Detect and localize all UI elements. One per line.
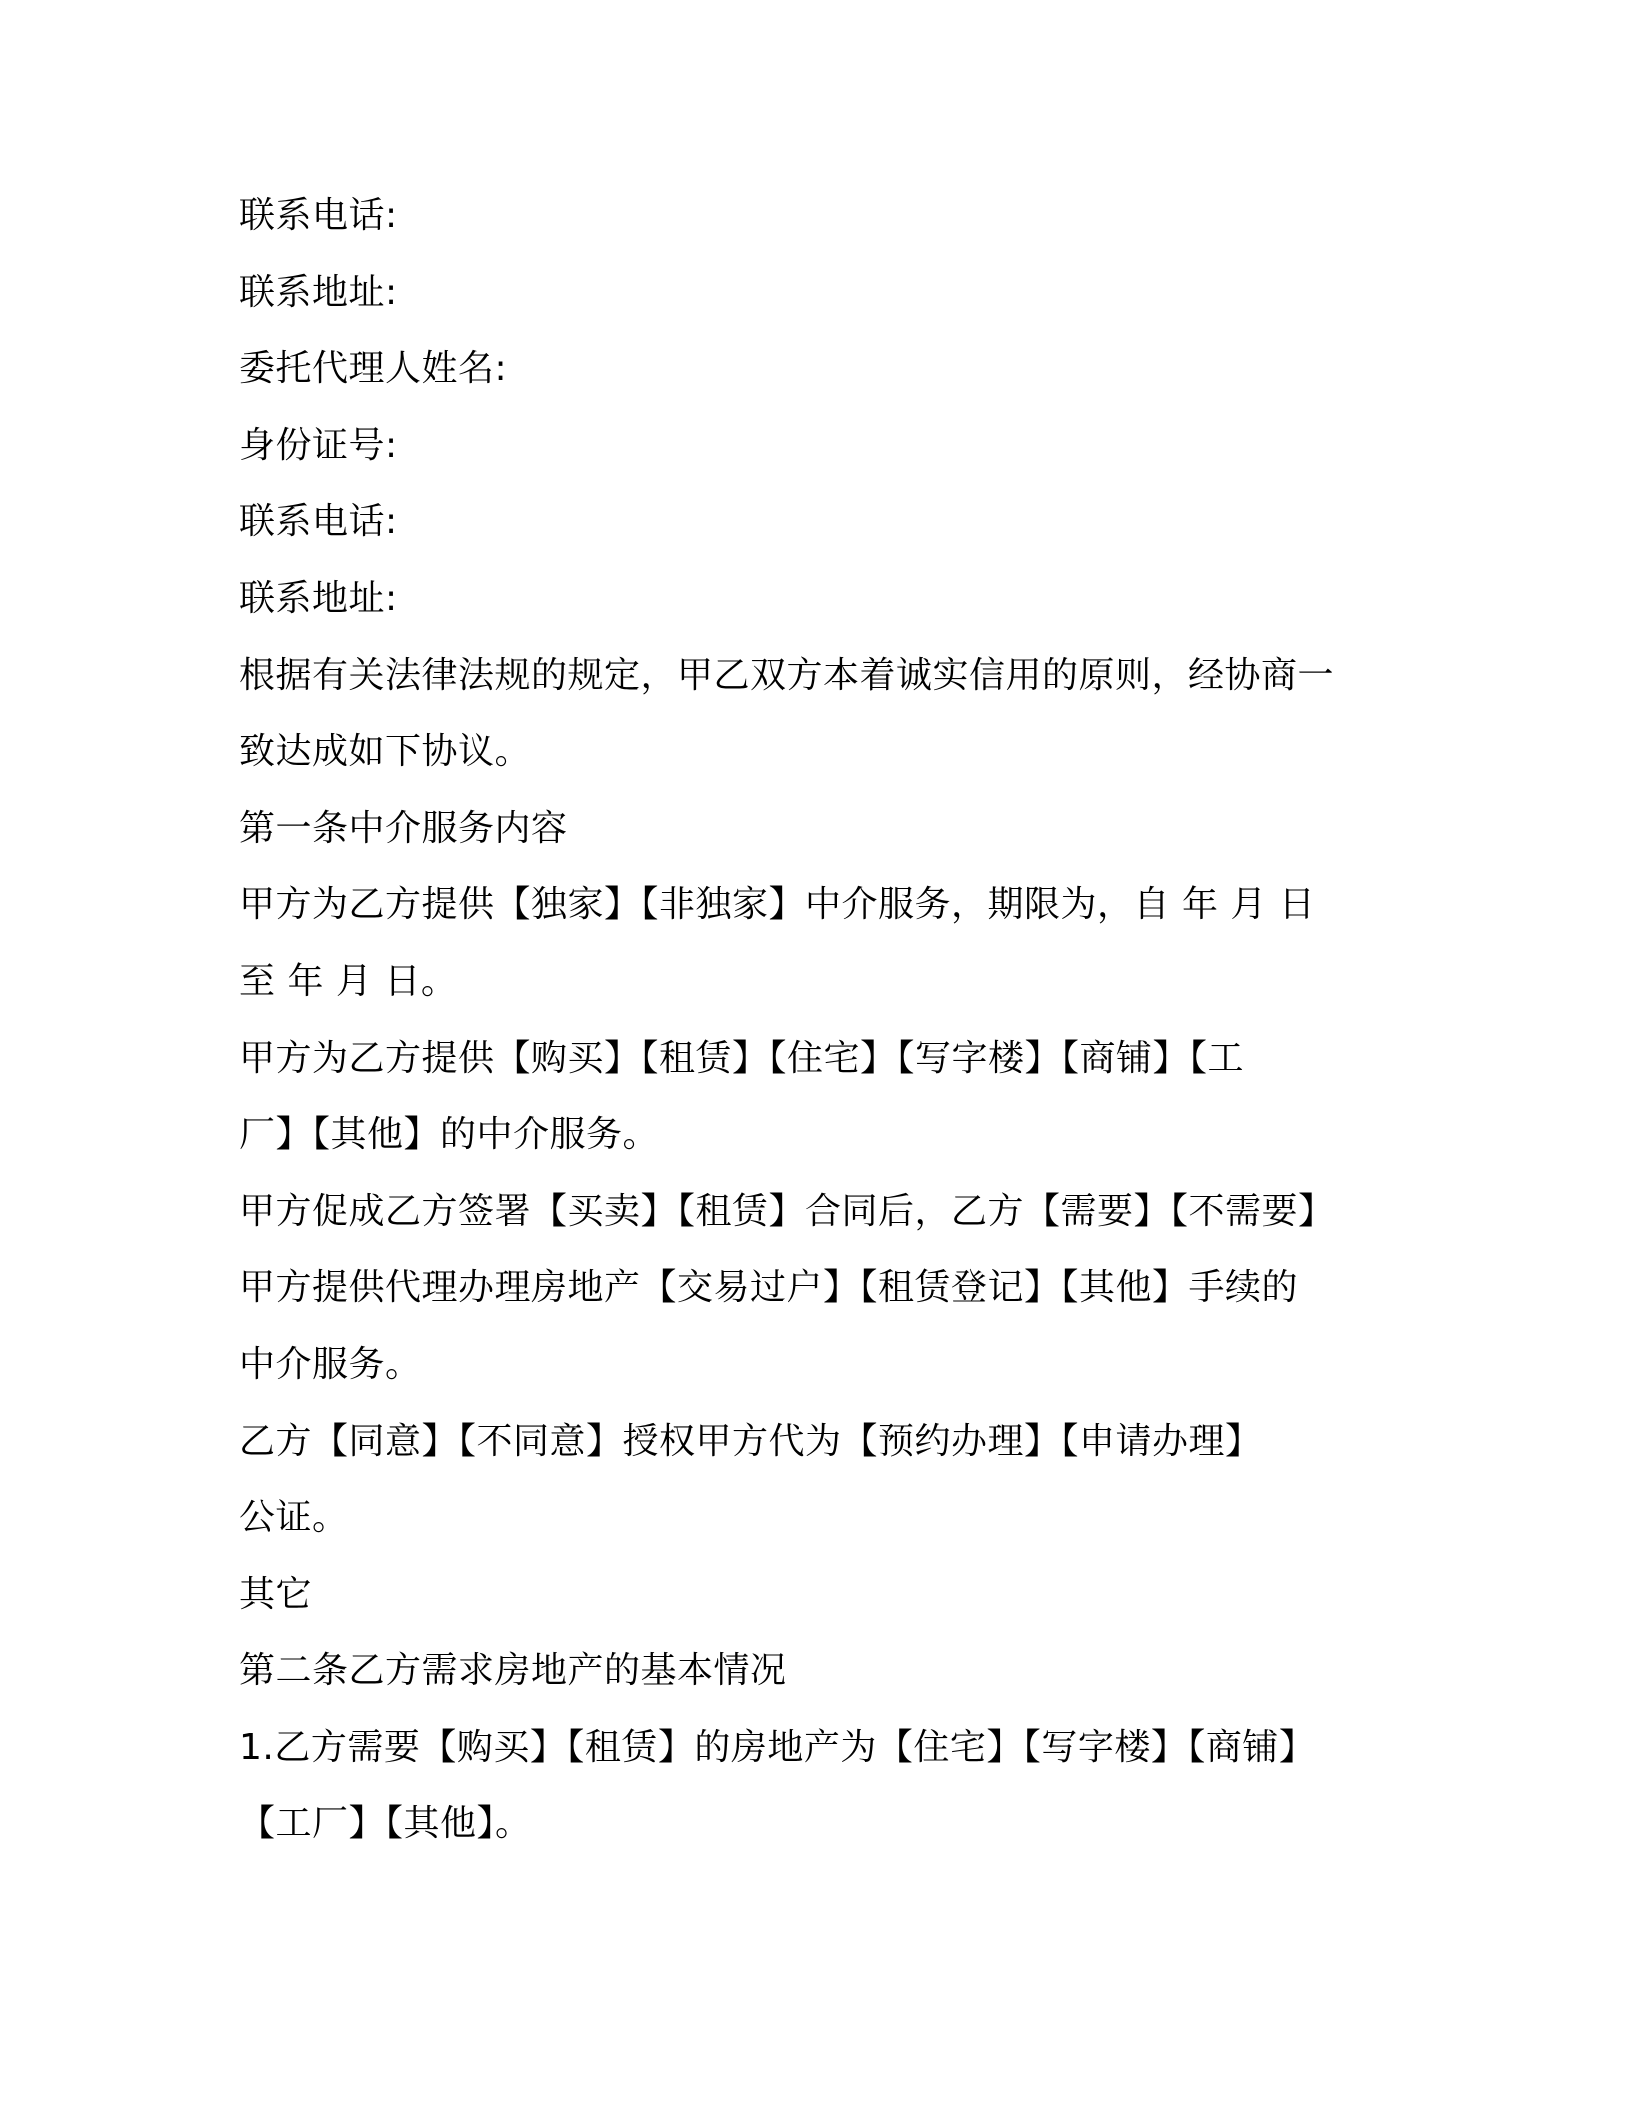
article-2-heading: 第二条乙方需求房地产的基本情况 [239,1641,1419,1718]
article-1-clause-3-line-2: 甲方提供代理办理房地产【交易过户】【租赁登记】【其他】手续的 [239,1258,1419,1335]
article-1-clause-1-line-2: 至 年 月 日。 [239,952,1419,1029]
article-1-clause-4-line-2: 公证。 [239,1488,1419,1565]
field-agent-name-label: 委托代理人姓名: [239,339,1419,416]
field-contact-address-label: 联系地址: [239,263,1419,340]
article-1-clause-1-line-1: 甲方为乙方提供【独家】【非独家】中介服务，期限为，自 年 月 日 [239,875,1419,952]
document-page: 联系电话: 联系地址: 委托代理人姓名: 身份证号: 联系电话: 联系地址: 根… [0,0,1632,2112]
preamble-paragraph-line-2: 致达成如下协议。 [239,722,1419,799]
article-1-clause-3-line-1: 甲方促成乙方签署【买卖】【租赁】合同后，乙方【需要】【不需要】 [239,1182,1419,1259]
article-1-clause-2-line-2: 厂】【其他】的中介服务。 [239,1105,1419,1182]
article-2-item-1-line-2: 【工厂】【其他】。 [239,1794,1419,1871]
field-contact-address-label-2: 联系地址: [239,569,1419,646]
article-1-heading: 第一条中介服务内容 [239,799,1419,876]
document-body: 联系电话: 联系地址: 委托代理人姓名: 身份证号: 联系电话: 联系地址: 根… [239,186,1419,1871]
article-1-clause-2-line-1: 甲方为乙方提供【购买】【租赁】【住宅】【写字楼】【商铺】【工 [239,1029,1419,1106]
article-1-other: 其它 [239,1565,1419,1642]
field-contact-phone-label: 联系电话: [239,186,1419,263]
article-2-item-1-line-1: 1.乙方需要【购买】【租赁】的房地产为【住宅】【写字楼】【商铺】 [239,1718,1419,1795]
field-id-number-label: 身份证号: [239,416,1419,493]
article-1-clause-4-line-1: 乙方【同意】【不同意】授权甲方代为【预约办理】【申请办理】 [239,1412,1419,1489]
article-1-clause-3-line-3: 中介服务。 [239,1335,1419,1412]
field-contact-phone-label-2: 联系电话: [239,492,1419,569]
preamble-paragraph-line-1: 根据有关法律法规的规定，甲乙双方本着诚实信用的原则，经协商一 [239,646,1419,723]
